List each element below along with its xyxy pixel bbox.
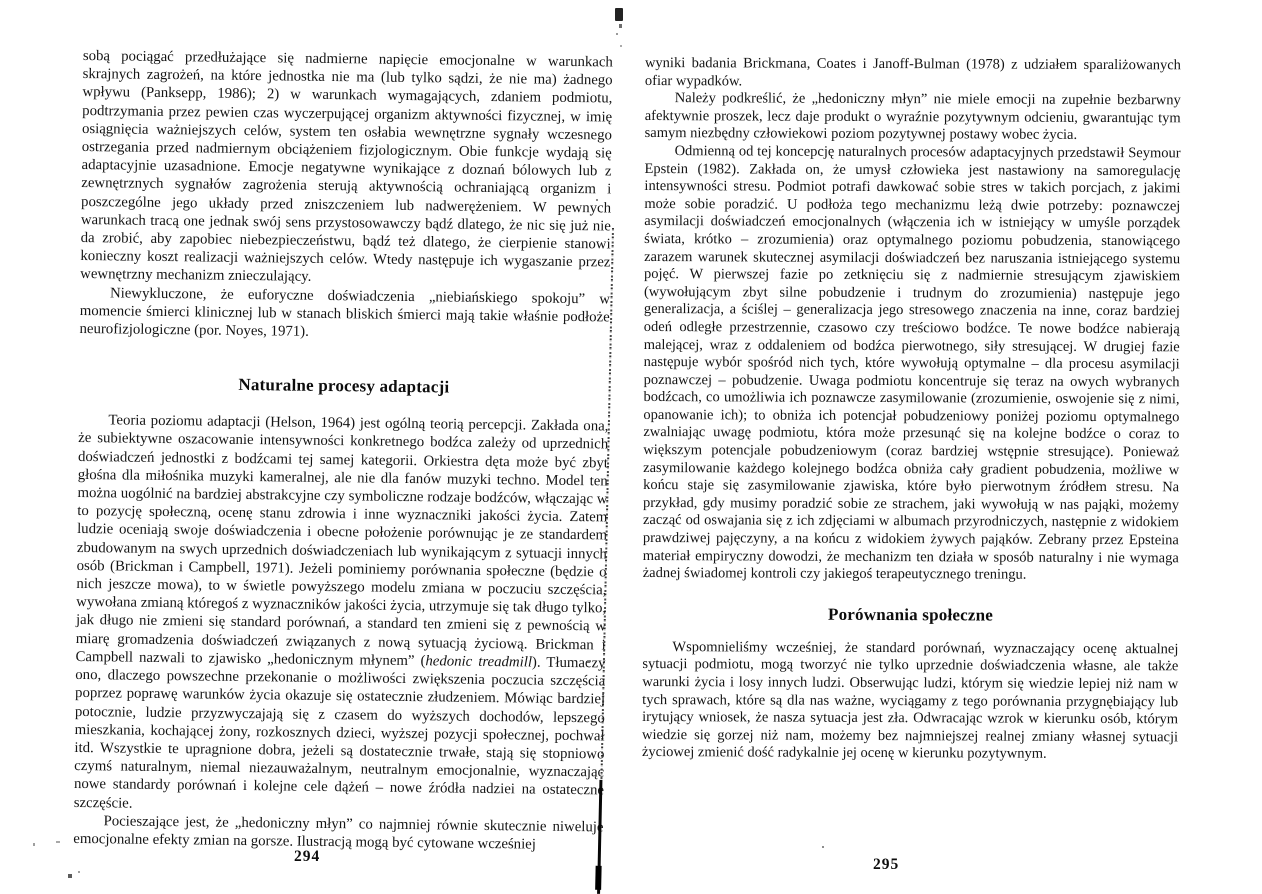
book-scan-spread: sobą pociągać przedłużające się nadmiern… — [0, 0, 1262, 894]
left-page: sobą pociągać przedłużające się nadmiern… — [73, 47, 613, 855]
paragraph: Teoria poziomu adaptacji (Helson, 1964) … — [74, 411, 609, 818]
paragraph-continuation: sobą pociągać przedłużające się nadmiern… — [80, 47, 613, 290]
scan-artifact-speck — [596, 199, 598, 201]
scan-artifact-speck — [587, 661, 590, 663]
scan-artifact-speck — [822, 846, 824, 848]
paragraph: Pocieszające jest, że „hedoniczny młyn” … — [73, 812, 603, 855]
scan-artifact-speck — [33, 843, 35, 846]
page-number-right: 295 — [873, 856, 899, 874]
paragraph-continuation: wyniki badania Brickmana, Coates i Janof… — [645, 55, 1181, 93]
paragraph-text: Teoria poziomu adaptacji (Helson, 1964) … — [75, 413, 608, 670]
scan-artifact-speck — [619, 24, 622, 28]
page-number-left: 294 — [294, 848, 320, 866]
paragraph-text: ). Tłumaczy ono, dlaczego powszechne prz… — [74, 654, 606, 811]
section-heading-porownania-spoleczne: Porównania społeczne — [643, 604, 1179, 626]
paragraph: Niewykluczone, że euforyczne doświadczen… — [79, 284, 610, 345]
italic-term: hedonic treadmill — [425, 653, 532, 670]
scan-artifact-ink-mark — [615, 8, 623, 21]
scan-artifact-speck — [616, 33, 618, 35]
scan-artifact-speck — [78, 871, 80, 873]
right-page: wyniki badania Brickmana, Coates i Janof… — [642, 55, 1181, 764]
scan-artifact-speck — [620, 45, 622, 47]
paragraph: Odmienną od tej koncepcję naturalnych pr… — [643, 143, 1181, 585]
section-heading-naturalne-procesy-adaptacji: Naturalne procesy adaptacji — [79, 373, 609, 399]
paragraph: Wspomnieliśmy wcześniej, że standard por… — [642, 639, 1179, 764]
scan-artifact-speck — [68, 874, 72, 878]
scan-artifact-gutter-foot — [595, 866, 602, 890]
scan-artifact-speck — [56, 841, 60, 843]
paragraph: Należy podkreślić, że „hedoniczny młyn” … — [645, 90, 1181, 145]
